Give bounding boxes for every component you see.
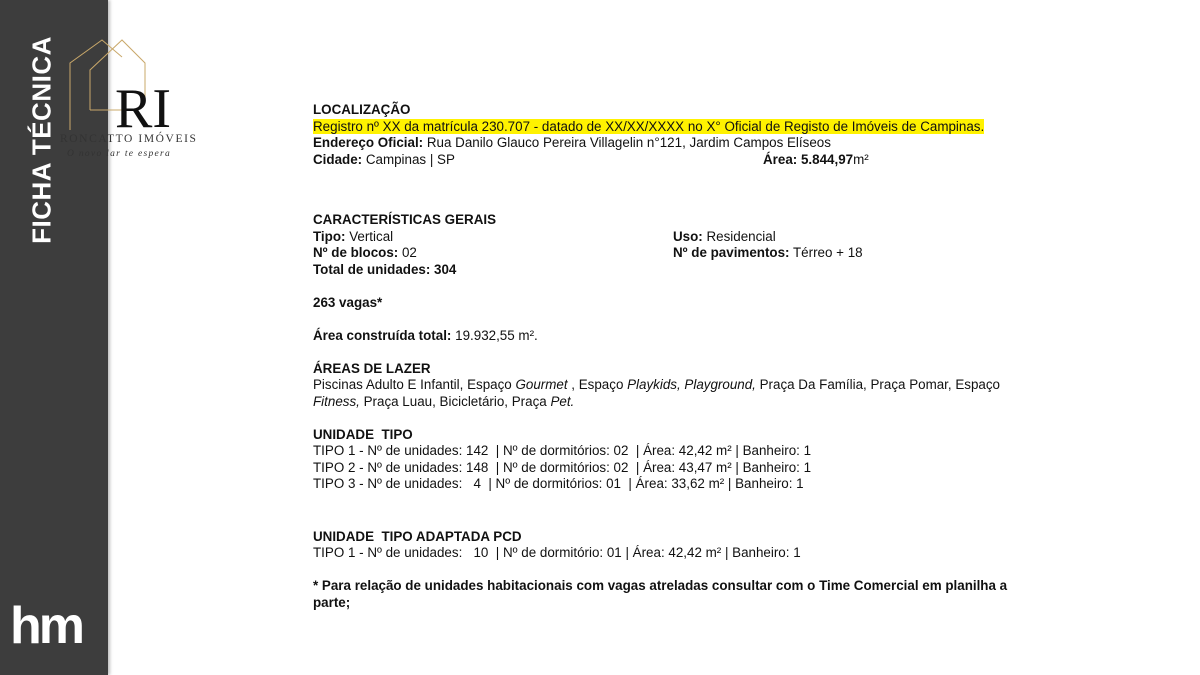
endereco-line: Endereço Oficial: Rua Danilo Glauco Pere…	[313, 135, 1073, 152]
svg-text:RI: RI	[115, 78, 171, 135]
unidade-row: TIPO 3 - Nº de unidades: 4 | Nº de dormi…	[313, 476, 1073, 493]
registro-text: Registro nº XX da matrícula 230.707 - da…	[313, 119, 984, 134]
footnote: * Para relação de unidades habitacionais…	[313, 578, 1033, 611]
cidade-line: Cidade: Campinas | SP	[313, 152, 763, 169]
section-unidade-pcd: UNIDADE TIPO ADAPTADA PCD TIPO 1 - Nº de…	[313, 529, 1073, 562]
brand-name: RONCATTO IMÓVEIS	[60, 133, 198, 145]
unidade-row: TIPO 2 - Nº de unidades: 148 | Nº de dor…	[313, 460, 1073, 477]
pavimentos-line: Nº de pavimentos: Térreo + 18	[673, 245, 863, 262]
roncatto-logo: RI RONCATTO IMÓVEIS O novo lar te espera	[60, 35, 210, 165]
section-lazer: ÁREAS DE LAZER Piscinas Adulto E Infanti…	[313, 361, 1073, 411]
lazer-list: Piscinas Adulto E Infantil, Espaço Gourm…	[313, 377, 1033, 410]
hm-logo: hm	[10, 600, 82, 652]
technical-sheet: LOCALIZAÇÃO Registro nº XX da matrícula …	[313, 102, 1073, 611]
uso-line: Uso: Residencial	[673, 229, 776, 246]
heading-unidade-tipo: UNIDADE TIPO	[313, 427, 1073, 444]
unidade-pcd-row: TIPO 1 - Nº de unidades: 10 | Nº de dorm…	[313, 545, 1073, 562]
heading-lazer: ÁREAS DE LAZER	[313, 361, 1073, 378]
tipo-line: Tipo: Vertical	[313, 229, 673, 246]
heading-caracteristicas: CARACTERÍSTICAS GERAIS	[313, 212, 1073, 229]
sidebar-title: FICHA TÉCNICA	[27, 36, 58, 244]
area-line: Área: 5.844,97m²	[763, 152, 869, 169]
section-unidade-tipo: UNIDADE TIPO TIPO 1 - Nº de unidades: 14…	[313, 427, 1073, 493]
brand-tagline: O novo lar te espera	[67, 149, 171, 159]
house-outline-icon: RI	[60, 35, 210, 135]
vagas: 263 vagas*	[313, 295, 1073, 312]
unidade-row: TIPO 1 - Nº de unidades: 142 | Nº de dor…	[313, 443, 1073, 460]
blocos-line: Nº de blocos: 02	[313, 245, 673, 262]
area-construida-line: Área construída total: 19.932,55 m².	[313, 328, 1073, 345]
section-caracteristicas: CARACTERÍSTICAS GERAIS Tipo: Vertical Us…	[313, 212, 1073, 344]
section-localizacao: LOCALIZAÇÃO Registro nº XX da matrícula …	[313, 102, 1073, 168]
heading-unidade-pcd: UNIDADE TIPO ADAPTADA PCD	[313, 529, 1073, 546]
total-unidades: Total de unidades: 304	[313, 262, 1073, 279]
heading-localizacao: LOCALIZAÇÃO	[313, 102, 1073, 119]
